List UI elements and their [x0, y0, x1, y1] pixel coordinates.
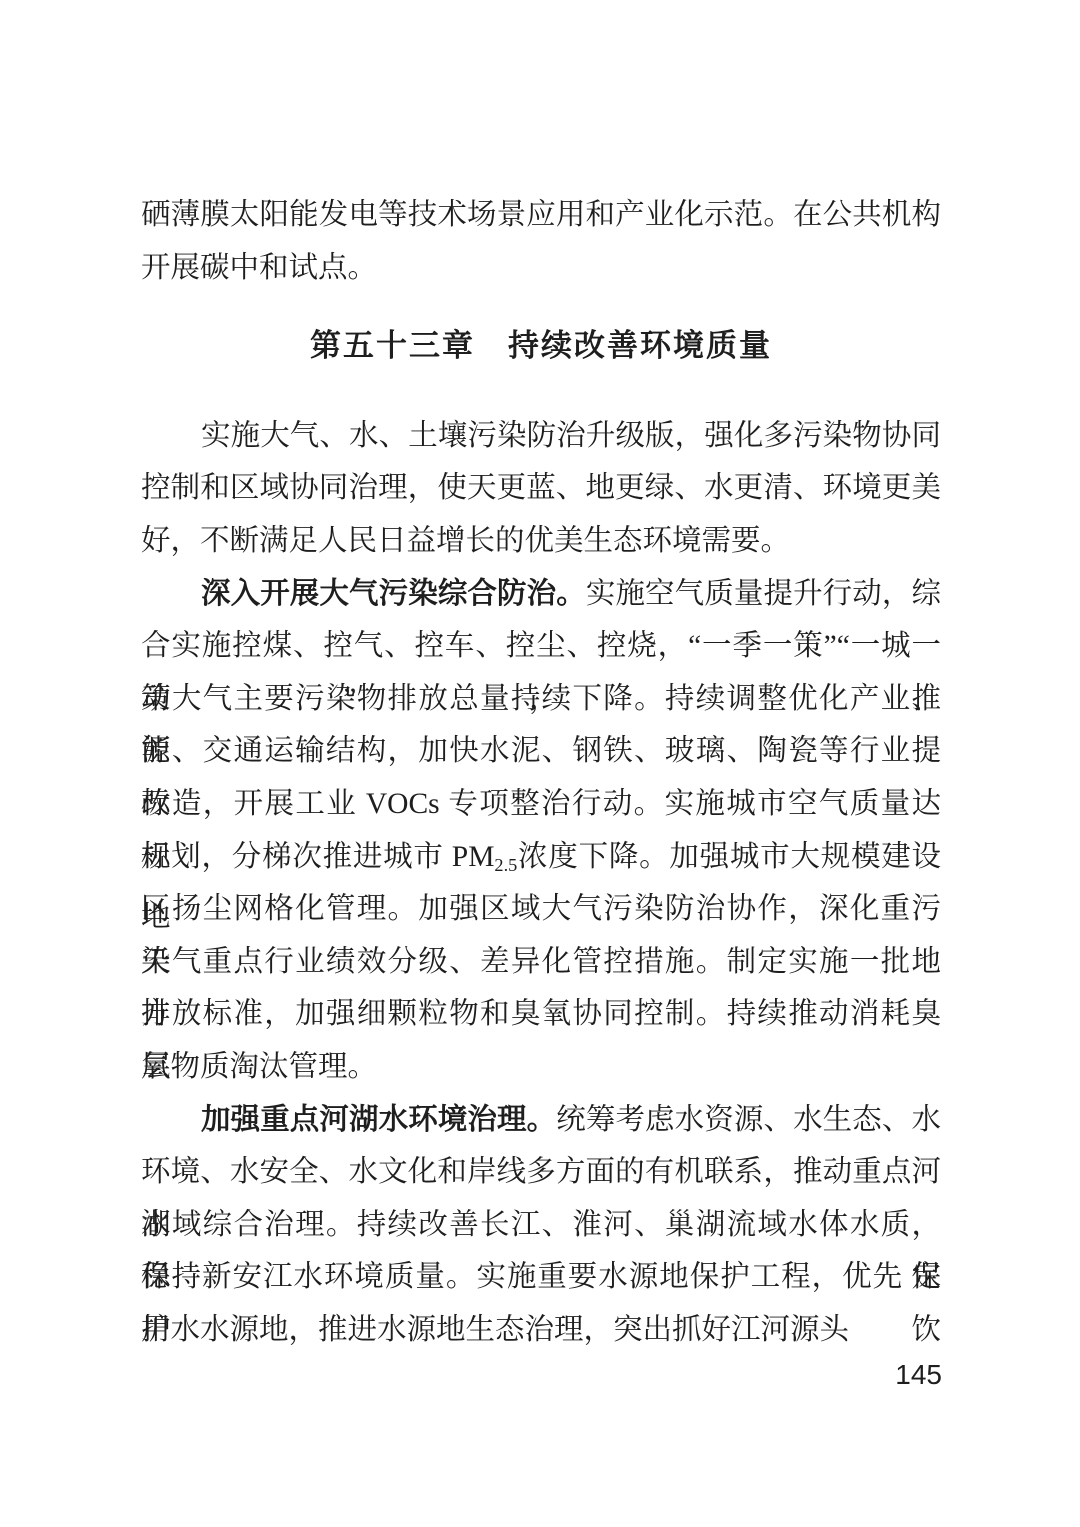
text-line-continuation: 硒薄膜太阳能发电等技术场景应用和产业化示范。在公共机构 — [141, 189, 941, 242]
document-page: 硒薄膜太阳能发电等技术场景应用和产业化示范。在公共机构 开展碳中和试点。 第五十… — [0, 0, 1080, 1527]
bold-lead-water-environment: 加强重点河湖水环境治理。 — [201, 1103, 556, 1136]
text-line: 水域综合治理。持续改善长江、淮河、巢湖流域水体水质， 稳定 — [141, 1199, 941, 1252]
text-line: 保持新安江水环境质量。实施重要水源地保护工程，优先 保护饮 — [141, 1251, 941, 1304]
text-line: 控制和区域协同治理，使天更蓝、地更绿、水更清、环境更美 — [141, 462, 941, 515]
text-line: 合实施控煤、控气、控车、控尘、控烧，“一季一策”“一城一策”， 推 — [141, 620, 941, 673]
text-line-continuation: 开展碳中和试点。 — [141, 242, 941, 295]
lead-rest-text: 实施空气质量提升行动，综 — [586, 578, 941, 610]
bold-lead-air-pollution: 深入开展大气污染综合防治。 — [201, 577, 586, 610]
text-line-lead: 深入开展大气污染综合防治。实施空气质量提升行动，综 — [141, 568, 941, 621]
text-line: 天气重点行业绩效分级、差异化管控措施。制定实施一批地 方 — [141, 936, 941, 989]
text-line: 用水水源地，推进水源地生态治理，突出抓好江河源头 — [141, 1304, 941, 1357]
page-content: 硒薄膜太阳能发电等技术场景应用和产业化示范。在公共机构 开展碳中和试点。 第五十… — [141, 189, 941, 1356]
text-line: 好，不断满足人民日益增长的优美生态环境需要。 — [141, 515, 941, 568]
text-line: 排放标准，加强细颗粒物和臭氧协同控制。持续推动消耗臭 氧 — [141, 988, 941, 1041]
text-line: 区扬尘网格化管理。加强区域大气污染防治协作，深化重污 染 — [141, 883, 941, 936]
pm25-subscript: 2.5 — [494, 855, 517, 875]
lead-rest-text: 统筹考虑水资源、水生态、水 — [556, 1104, 941, 1136]
pm25-pre-text: 规划，分梯次推进城市 PM — [141, 841, 494, 873]
text-line: 实施大气、水、土壤污染防治升级版，强化多污染物协同 — [141, 410, 941, 463]
chapter-heading: 第五十三章 持续改善环境质量 — [141, 320, 941, 373]
text-line: 源、交通运输结构，加快水泥、钢铁、玻璃、陶瓷等行业提 标 — [141, 725, 941, 778]
text-line: 层物质淘汰管理。 — [141, 1041, 941, 1094]
page-number: 145 — [895, 1358, 942, 1392]
text-line-lead: 加强重点河湖水环境治理。统筹考虑水资源、水生态、水 — [141, 1094, 941, 1147]
text-line-pm25: 规划，分梯次推进城市 PM2.5浓度下降。加强城市大规模建设 地 — [141, 831, 941, 884]
text-line: 改造，开展工业 VOCs 专项整治行动。实施城市空气质量达 标 — [141, 778, 941, 831]
text-line: 环境、水安全、水文化和岸线多方面的有机联系，推动重点河 湖 — [141, 1146, 941, 1199]
text-line: 动大气主要污染物排放总量持续下降。持续调整优化产业、 能 — [141, 673, 941, 726]
